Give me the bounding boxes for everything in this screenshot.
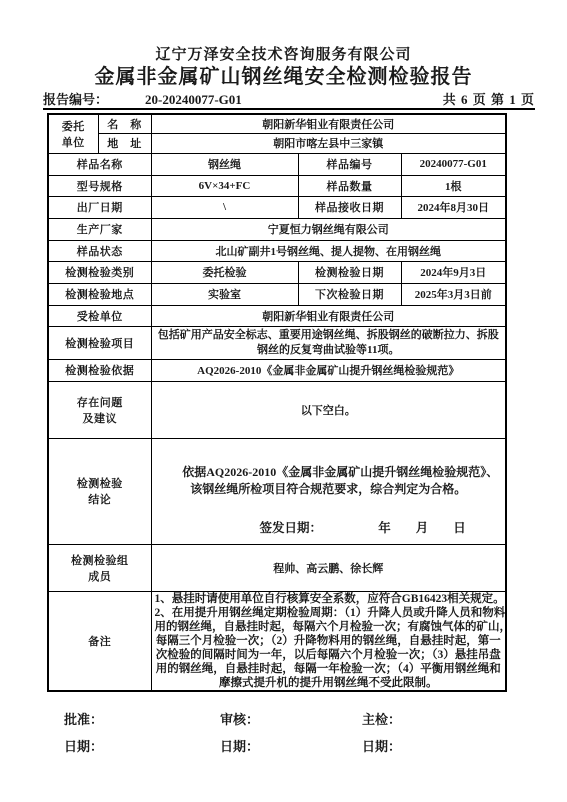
chief-date-label: 日期： (362, 740, 401, 754)
team-value: 程帅、高云鹏、徐长辉 (151, 544, 506, 591)
client-addr-value: 朝阳市喀左县中三家镇 (151, 133, 506, 153)
next-date-value: 2025年3月3日前 (401, 283, 506, 305)
company-title: 辽宁万泽安全技术咨询服务有限公司 (0, 0, 567, 64)
problems-label: 存在问题 及建议 (48, 381, 151, 438)
model-value: 6V×34+FC (151, 175, 298, 196)
client-addr-label: 地 址 (98, 133, 151, 153)
receive-date-label: 样品接收日期 (298, 196, 401, 218)
remark-line: 用的钢丝绳，自悬挂时起，每隔六个月检验一次；有腐蚀气体的矿山， (155, 620, 503, 634)
sample-name-value: 钢丝绳 (151, 153, 298, 175)
sample-state-value: 北山矿副井1号钢丝绳、提人提物、在用钢丝绳 (151, 240, 506, 261)
problems-value: 以下空白。 (151, 381, 506, 438)
chief-label: 主检： (362, 713, 401, 727)
inspected-unit-label: 受检单位 (48, 305, 151, 326)
report-number-row: 报告编号： 20-20240077-G01 共 6 页 第 1 页 (43, 92, 535, 110)
quantity-value: 1根 (401, 175, 506, 196)
mfg-date-label: 出厂日期 (48, 196, 151, 218)
remark-label: 备注 (48, 591, 151, 691)
client-name-label: 名 称 (98, 114, 151, 133)
items-label: 检测检验项目 (48, 326, 151, 359)
approve-label: 批准： (64, 713, 103, 727)
remark-line: 次检验的间隔时间为一年，以后每隔六个月检验一次；（3）悬挂吊盘 (155, 648, 503, 662)
client-group-label: 委托 单位 (48, 114, 98, 153)
remark-cell: 1、悬挂时请使用单位自行核算安全系数，应符合GB16423相关规定。 2、在用提… (151, 591, 506, 691)
conclusion-cell: 依据AQ2026-2010《金属非金属矿山提升钢丝绳检验规范》、该钢丝绳所检项目… (151, 438, 506, 544)
items-value: 包括矿用产品安全标志、重要用途钢丝绳、拆股钢丝的破断拉力、拆股钢丝的反复弯曲试验… (151, 326, 506, 359)
basis-label: 检测检验依据 (48, 359, 151, 381)
remark-line: 用的钢丝绳，自悬挂时起，每隔一年检验一次；（4）平衡用钢丝绳和 (155, 662, 503, 676)
approve-date-label: 日期： (64, 740, 103, 754)
sign-date-line: 签发日期： 年 月 日 (155, 518, 503, 536)
model-label: 型号规格 (48, 175, 151, 196)
sample-state-label: 样品状态 (48, 240, 151, 261)
location-label: 检测检验地点 (48, 283, 151, 305)
receive-date-value: 2024年8月30日 (401, 196, 506, 218)
report-table: 委托 单位 名 称 朝阳新华钼业有限责任公司 地 址 朝阳市喀左县中三家镇 样品… (47, 113, 507, 692)
category-label: 检测检验类别 (48, 261, 151, 283)
remark-line: 2、在用提升用钢丝绳定期检验周期：（1）升降人员或升降人员和物料 (155, 606, 503, 620)
manufacturer-label: 生产厂家 (48, 218, 151, 240)
sample-name-label: 样品名称 (48, 153, 151, 175)
mfg-date-value: \ (151, 196, 298, 218)
signature-footer: 批准： 审核： 主检： 日期： 日期： 日期： (0, 710, 567, 780)
review-label: 审核： (220, 713, 259, 727)
quantity-label: 样品数量 (298, 175, 401, 196)
team-label: 检测检验组 成员 (48, 544, 151, 591)
test-date-label: 检测检验日期 (298, 261, 401, 283)
inspection-report-page: 辽宁万泽安全技术咨询服务有限公司 金属非金属矿山钢丝绳安全检测检验报告 报告编号… (0, 0, 567, 802)
report-no-label: 报告编号： (43, 92, 108, 107)
report-no-value: 20-20240077-G01 (145, 92, 242, 107)
remark-line: 每隔三个月检验一次；（2）升降物料用的钢丝绳，自悬挂时起，第一 (155, 634, 503, 648)
conclusion-text: 依据AQ2026-2010《金属非金属矿山提升钢丝绳检验规范》、该钢丝绳所检项目… (157, 464, 501, 498)
manufacturer-value: 宁夏恒力钢丝绳有限公司 (151, 218, 506, 240)
client-name-value: 朝阳新华钼业有限责任公司 (151, 114, 506, 133)
conclusion-label: 检测检验 结论 (48, 438, 151, 544)
remark-line: 摩擦式提升机的提升用钢丝绳不受此限制。 (155, 676, 503, 690)
next-date-label: 下次检验日期 (298, 283, 401, 305)
basis-value: AQ2026-2010《金属非金属矿山提升钢丝绳检验规范》 (151, 359, 506, 381)
remark-line: 1、悬挂时请使用单位自行核算安全系数，应符合GB16423相关规定。 (155, 592, 503, 606)
page-counter: 共 6 页 第 1 页 (443, 92, 535, 107)
sample-no-value: 20240077-G01 (401, 153, 506, 175)
test-date-value: 2024年9月3日 (401, 261, 506, 283)
location-value: 实验室 (151, 283, 298, 305)
review-date-label: 日期： (220, 740, 259, 754)
sample-no-label: 样品编号 (298, 153, 401, 175)
category-value: 委托检验 (151, 261, 298, 283)
report-title: 金属非金属矿山钢丝绳安全检测检验报告 (0, 65, 567, 89)
inspected-unit-value: 朝阳新华钼业有限责任公司 (151, 305, 506, 326)
